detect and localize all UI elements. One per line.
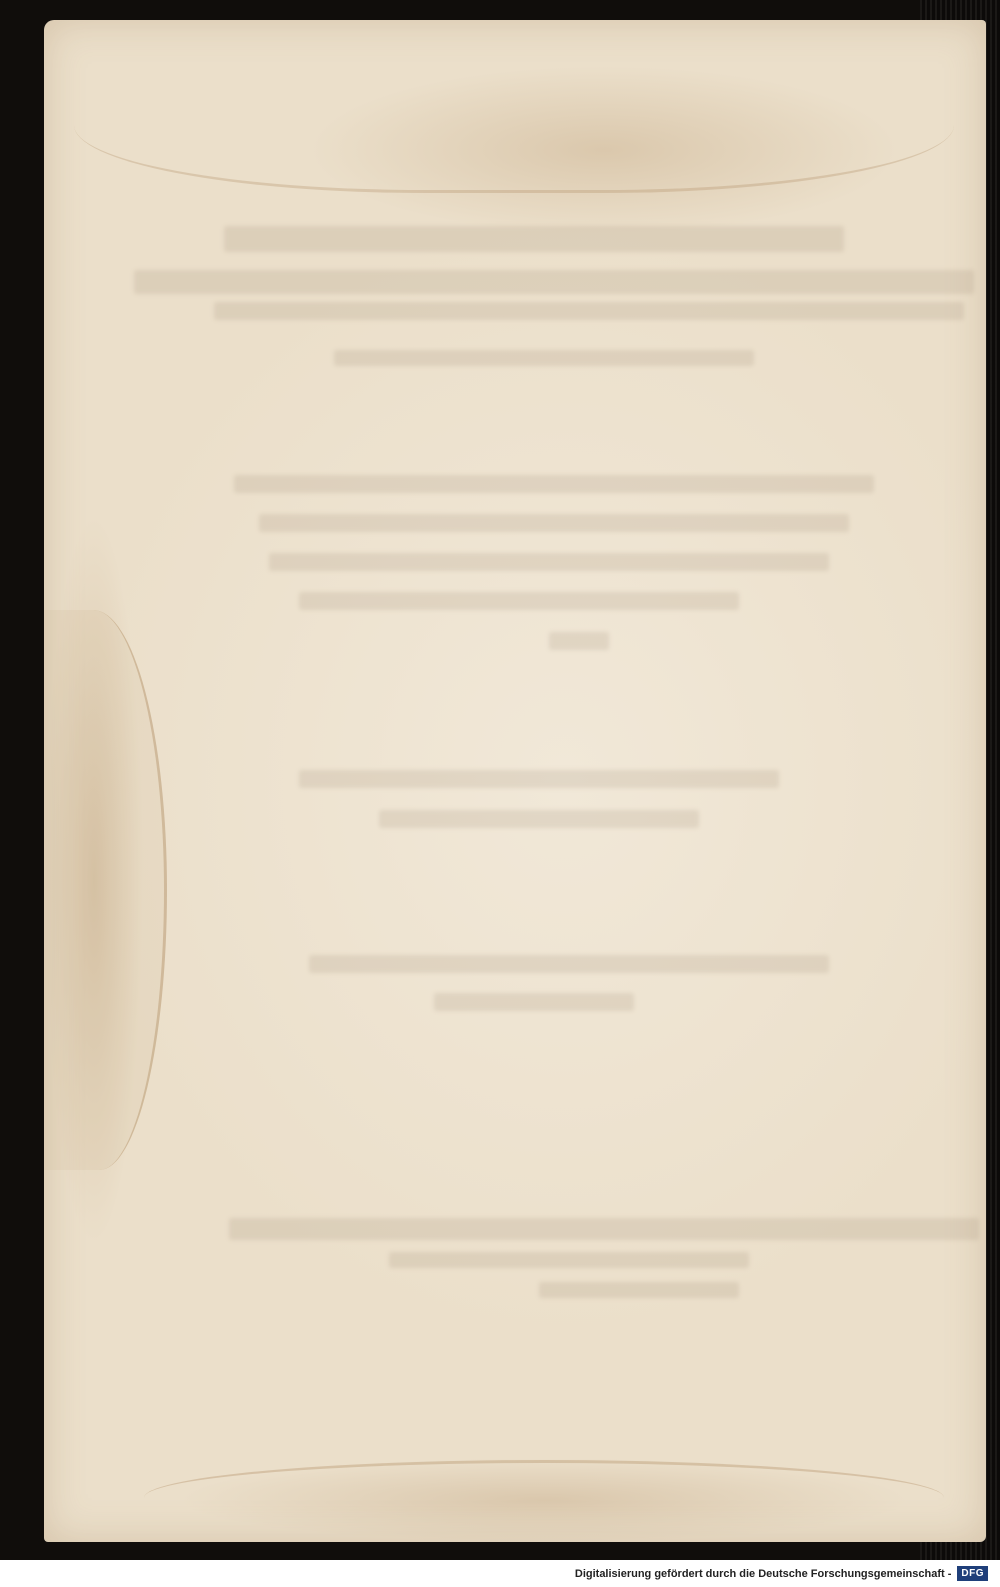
show-through-line — [259, 514, 849, 532]
show-through-line — [549, 632, 609, 650]
show-through-line — [234, 475, 874, 493]
water-stain-left — [44, 610, 167, 1170]
show-through-line — [434, 993, 634, 1011]
show-through-line — [214, 302, 964, 320]
dfg-logo-icon[interactable]: DFG — [957, 1566, 988, 1581]
show-through-line — [299, 592, 739, 610]
show-through-line — [309, 955, 829, 973]
scan-background — [0, 0, 1000, 1560]
show-through-line — [134, 270, 974, 294]
show-through-line — [379, 810, 699, 828]
show-through-line — [229, 1218, 979, 1240]
show-through-line — [539, 1282, 739, 1298]
show-through-line — [269, 553, 829, 571]
water-stain-top — [74, 80, 954, 193]
funding-credit: Digitalisierung gefördert durch die Deut… — [575, 1568, 952, 1580]
water-stain-bottom — [144, 1460, 944, 1523]
book-page — [44, 20, 986, 1542]
digitization-footer: Digitalisierung gefördert durch die Deut… — [0, 1560, 1000, 1587]
show-through-line — [299, 770, 779, 788]
show-through-line — [334, 350, 754, 366]
show-through-line — [389, 1252, 749, 1268]
show-through-line — [224, 226, 844, 252]
